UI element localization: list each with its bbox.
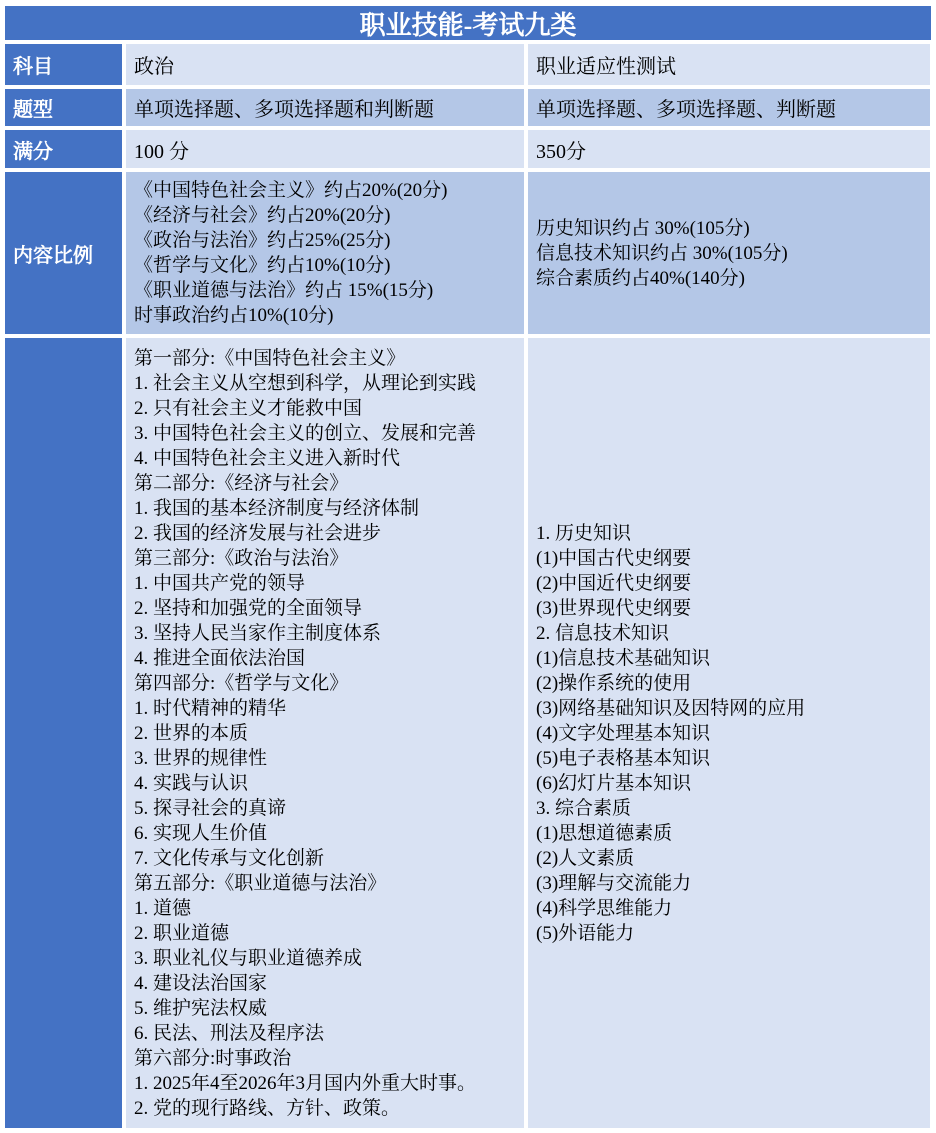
row-label-syllabus-empty (5, 338, 122, 1128)
row-label-full-score: 满分 (5, 130, 122, 168)
exam-info-document: 职业技能-考试九类 科目 政治 职业适应性测试 题型 单项选择题、多项选择题和判… (0, 0, 936, 1133)
syllabus-aptitude-cell: 1. 历史知识(1)中国古代史纲要(2)中国近代史纲要(3)世界现代史纲要2. … (528, 338, 930, 1128)
row-label-subject: 科目 (5, 44, 122, 85)
content-ratio-politics-cell: 《中国特色社会主义》约占20%(20分)《经济与社会》约占20%(20分)《政治… (126, 172, 524, 334)
full-score-aptitude-cell: 350分 (528, 130, 930, 168)
subject-politics-cell: 政治 (126, 44, 524, 85)
row-label-content-ratio: 内容比例 (5, 172, 122, 334)
subject-aptitude-cell: 职业适应性测试 (528, 44, 930, 85)
exam-table: 科目 政治 职业适应性测试 题型 单项选择题、多项选择题和判断题 单项选择题、多… (5, 44, 931, 1128)
syllabus-politics-cell: 第一部分:《中国特色社会主义》1. 社会主义从空想到科学，从理论到实践2. 只有… (126, 338, 524, 1128)
row-label-question-types: 题型 (5, 89, 122, 126)
table-title: 职业技能-考试九类 (5, 6, 931, 40)
question-types-politics-cell: 单项选择题、多项选择题和判断题 (126, 89, 524, 126)
full-score-politics-cell: 100 分 (126, 130, 524, 168)
content-ratio-aptitude-cell: 历史知识约占 30%(105分)信息技术知识约占 30%(105分)综合素质约占… (528, 172, 930, 334)
question-types-aptitude-cell: 单项选择题、多项选择题、判断题 (528, 89, 930, 126)
